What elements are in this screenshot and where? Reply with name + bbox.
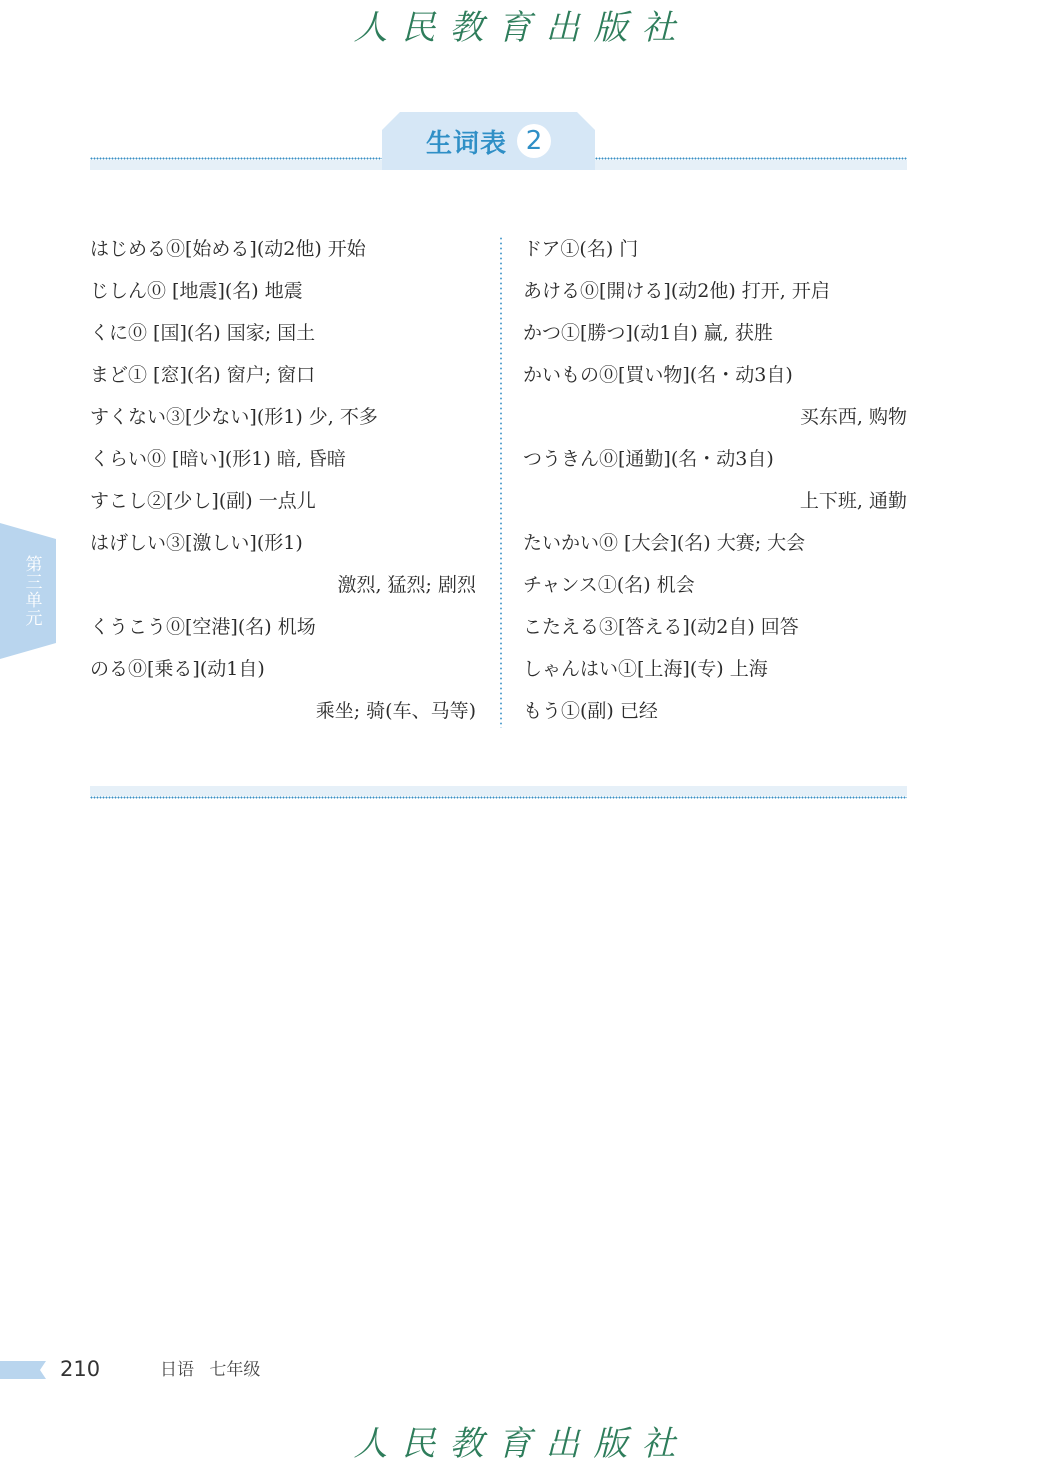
vocabulary-header: 生词表 2	[90, 112, 907, 172]
column-divider	[500, 236, 502, 728]
vocabulary-footer-rule	[90, 786, 907, 800]
vocab-entry: まど① [窓](名) 窗户; 窗口	[90, 354, 476, 396]
book-title: 日语 七年级	[160, 1356, 260, 1384]
vocab-entry-continuation: 乘坐; 骑(车、马等)	[90, 690, 476, 732]
publisher-logo-bottom: 人民教育出版社	[0, 1424, 1043, 1464]
vocab-entry: すくない③[少ない](形1) 少, 不多	[90, 396, 476, 438]
vocab-entry: たいかい⓪ [大会](名) 大赛; 大会	[523, 522, 907, 564]
vocab-entry: くに⓪ [国](名) 国家; 国土	[90, 312, 476, 354]
dotted-rule-right	[595, 157, 907, 160]
vocab-entry: しゃんはい①[上海](专) 上海	[523, 648, 907, 690]
page-number: 210	[60, 1354, 100, 1384]
dotted-rule-left	[90, 157, 382, 160]
publisher-logo-top: 人民教育出版社	[0, 8, 1043, 48]
vocab-entry: すこし②[少し](副) 一点儿	[90, 480, 476, 522]
band-shadow-bottom	[90, 786, 907, 796]
vocabulary-column-left: はじめる⓪[始める](动2他) 开始 じしん⓪ [地震](名) 地震 くに⓪ […	[90, 228, 476, 732]
vocab-entry: ドア①(名) 门	[523, 228, 907, 270]
vocab-entry: はじめる⓪[始める](动2他) 开始	[90, 228, 476, 270]
vocab-entry: じしん⓪ [地震](名) 地震	[90, 270, 476, 312]
unit-label: 第三单元	[20, 555, 45, 627]
vocab-entry-continuation: 买东西, 购物	[523, 396, 907, 438]
vocab-entry: のる⓪[乗る](动1自)	[90, 648, 476, 690]
band-shadow-right	[595, 160, 907, 170]
title-tab: 生词表 2	[382, 112, 595, 170]
vocab-entry: もう①(副) 已经	[523, 690, 907, 732]
dotted-rule-bottom	[90, 796, 907, 799]
title-number-badge: 2	[517, 124, 551, 158]
page-title: 生词表	[426, 123, 507, 160]
vocabulary-column-right: ドア①(名) 门 あける⓪[開ける](动2他) 打开, 开启 かつ①[勝つ](动…	[523, 228, 907, 732]
vocab-entry: はげしい③[激しい](形1)	[90, 522, 476, 564]
vocab-entry-continuation: 激烈, 猛烈; 剧烈	[90, 564, 476, 606]
unit-side-tab: 第三单元	[0, 523, 56, 659]
vocab-entry: くらい⓪ [暗い](形1) 暗, 昏暗	[90, 438, 476, 480]
vocab-entry: あける⓪[開ける](动2他) 打开, 开启	[523, 270, 907, 312]
vocab-entry: くうこう⓪[空港](名) 机场	[90, 606, 476, 648]
vocab-entry: かいもの⓪[買い物](名・动3自)	[523, 354, 907, 396]
vocab-entry-continuation: 上下班, 通勤	[523, 480, 907, 522]
vocab-entry: つうきん⓪[通勤](名・动3自)	[523, 438, 907, 480]
vocab-entry: こたえる③[答える](动2自) 回答	[523, 606, 907, 648]
vocab-entry: チャンス①(名) 机会	[523, 564, 907, 606]
footer-accent-bar	[0, 1361, 46, 1379]
vocab-entry: かつ①[勝つ](动1自) 赢, 获胜	[523, 312, 907, 354]
band-shadow-left	[90, 160, 382, 170]
